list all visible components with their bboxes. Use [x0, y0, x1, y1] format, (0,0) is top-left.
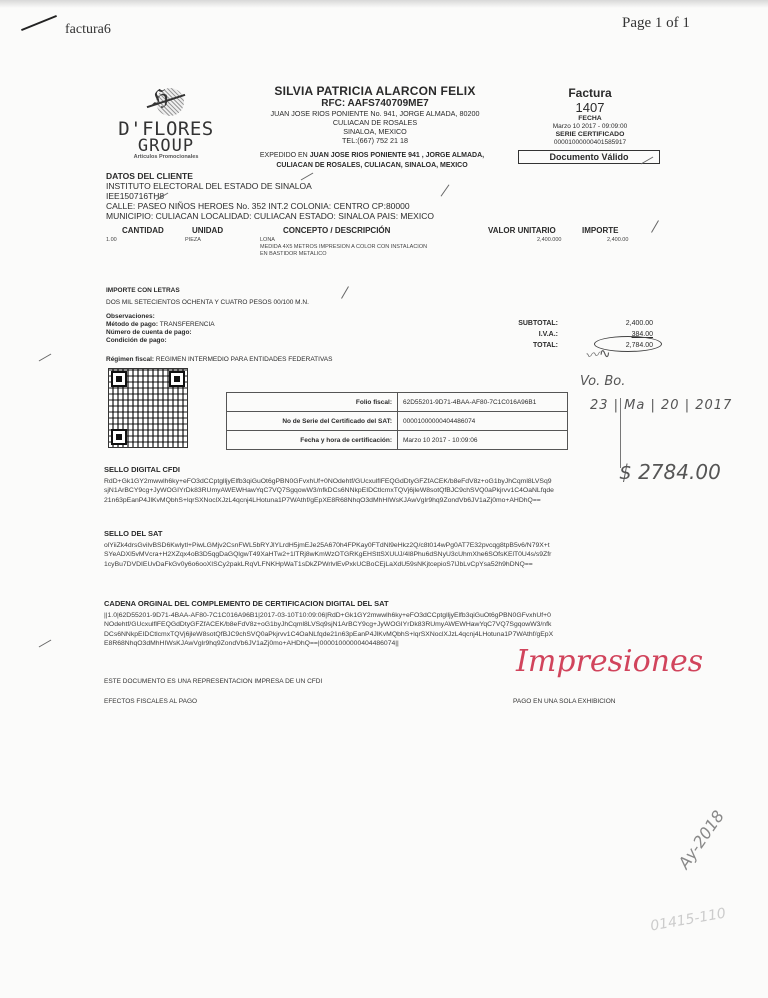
cert-label: Folio fiscal: [227, 393, 398, 412]
vobo-note: Vo. Bo. [580, 374, 625, 389]
margin-mark [39, 354, 52, 362]
item-valor-unitario: 2,400.000 [537, 237, 561, 243]
metodo-value: TRANSFERENCIA [160, 321, 215, 328]
metodo-label: Método de pago: [106, 321, 158, 328]
concepto-line: EN BASTIDOR METALICO [260, 251, 427, 258]
item-cantidad: 1.00 [106, 237, 117, 243]
expedido-prefix: EXPEDIDO EN [260, 152, 308, 159]
sello-cfdi-heading: SELLO DIGITAL CFDI [104, 465, 554, 475]
subtotal-label: SUBTOTAL: [488, 318, 558, 329]
iva-label: I.V.A.: [488, 329, 558, 340]
invoice-title: Factura [520, 86, 660, 100]
regimen-value: REGIMEN INTERMEDIO PARA ENTIDADES FEDERA… [156, 356, 333, 363]
category-note: Impresiones [516, 644, 703, 679]
amount-words: IMPORTE CON LETRAS DOS MIL SETECIENTOS O… [106, 285, 309, 309]
regimen-label: Régimen fiscal: [106, 356, 154, 363]
sat-cert-serial: 00001000000404486074 [398, 412, 568, 431]
handwritten-date: 23 | Ma | 20 | 2017 [590, 398, 732, 413]
cadena-text: ||1.0|62D55201-9D71-4BAA-AF80-7C1C016A96… [104, 611, 554, 649]
cert-datetime: Marzo 10 2017 - 10:09:06 [398, 431, 568, 450]
bottom-note: Ay-2018 [674, 807, 728, 872]
client-municipio: MUNICIPIO: CULIACAN LOCALIDAD: CULIACAN … [106, 211, 434, 221]
issuer-logo: ℌ D'FLORES GROUP Articulos Promocionales [118, 84, 214, 168]
issuer-address-line: JUAN JOSE RIOS PONIENTE No. 941, JORGE A… [230, 109, 520, 118]
logo-tagline: Articulos Promocionales [118, 154, 214, 160]
issuer-name: SILVIA PATRICIA ALARCON FELIX [230, 84, 520, 98]
regimen-fiscal: Régimen fiscal: REGIMEN INTERMEDIO PARA … [106, 356, 332, 363]
signature-scribble: 〰∿ [584, 342, 612, 365]
subtotal-value: 2,400.00 [593, 318, 653, 329]
pen-mark [21, 15, 57, 31]
payment-block: Observaciones: Método de pago: TRANSFERE… [106, 313, 215, 345]
col-concepto: CONCEPTO / DESCRIPCIÓN [283, 226, 390, 235]
concepto-line: MEDIDA 4X5 METROS IMPRESION A COLOR CON … [260, 244, 427, 251]
table-row: Folio fiscal: 62D55201-9D71-4BAA-AF80-7C… [227, 393, 568, 412]
qr-code [108, 368, 188, 448]
item-importe: 2,400.00 [607, 237, 628, 243]
representacion-note: ESTE DOCUMENTO ES UNA REPRESENTACION IMP… [104, 678, 322, 685]
page-number: Page 1 of 1 [622, 15, 690, 32]
margin-mark [39, 640, 52, 648]
table-row: Fecha y hora de certificación: Marzo 10 … [227, 431, 568, 450]
scan-shadow [0, 0, 768, 8]
col-cantidad: CANTIDAD [122, 226, 164, 235]
sello-cfdi-text: RdD+Gk1GY2mwwlh6ky+eFO3dCCptglljyElfb3qi… [104, 477, 554, 506]
condicion-label: Condición de pago: [106, 337, 167, 344]
issuer-block: SILVIA PATRICIA ALARCON FELIX RFC: AAFS7… [230, 84, 520, 145]
expedido-line2: CULIACAN DE ROSALES, CULIACAN, SINALOA, … [276, 162, 467, 169]
logo-line2: GROUP [118, 138, 214, 154]
client-heading: DATOS DEL CLIENTE [106, 171, 434, 181]
observaciones-label: Observaciones: [106, 313, 155, 320]
amount-words-text: DOS MIL SETECIENTOS OCHENTA Y CUATRO PES… [106, 297, 309, 309]
check-mark [441, 184, 450, 196]
invoice-date: Marzo 10 2017 - 09:09:00 [520, 123, 660, 131]
invoice-number: 1407 [520, 100, 660, 115]
pen-line [620, 398, 621, 468]
total-label: TOTAL: [488, 340, 558, 351]
dancer-figure-icon: ℌ [144, 84, 188, 120]
item-concepto: LONA MEDIDA 4X5 METROS IMPRESION A COLOR… [260, 237, 427, 258]
fecha-label: FECHA [520, 115, 660, 123]
efectos-note: EFECTOS FISCALES AL PAGO [104, 698, 197, 705]
issuer-phone: TEL:(667) 752 21 18 [230, 136, 520, 145]
handwritten-amount: $ 2784.00 [619, 460, 721, 484]
serie-certificado: 00001000000401585917 [520, 139, 660, 147]
document-name: factura6 [65, 22, 111, 38]
folio-fiscal: 62D55201-9D71-4BAA-AF80-7C1C016A96B1 [398, 393, 568, 412]
sello-sat-heading: SELLO DEL SAT [104, 529, 554, 539]
cuenta-label: Número de cuenta de pago: [106, 329, 192, 336]
table-row: No de Serie del Certificado del SAT: 000… [227, 412, 568, 431]
client-name: INSTITUTO ELECTORAL DEL ESTADO DE SINALO… [106, 181, 434, 191]
sello-sat: SELLO DEL SAT olYiiZk4drsGvilvBSD6Kwlytl… [104, 529, 554, 569]
client-street: CALLE: PASEO NIÑOS HEROES No. 352 INT.2 … [106, 201, 434, 211]
issuer-address-line: CULIACAN DE ROSALES [230, 118, 520, 127]
col-unidad: UNIDAD [192, 226, 223, 235]
status-badge: Documento Válido [518, 150, 660, 164]
cadena-original: CADENA ORGINAL DEL COMPLEMENTO DE CERTIF… [104, 599, 554, 649]
subtotal-row: SUBTOTAL:2,400.00 [488, 318, 653, 329]
issuer-rfc: RFC: AAFS740709ME7 [230, 98, 520, 109]
certification-table: Folio fiscal: 62D55201-9D71-4BAA-AF80-7C… [226, 392, 568, 450]
col-valor-unitario: VALOR UNITARIO [488, 226, 556, 235]
expedido-en: EXPEDIDO EN JUAN JOSE RIOS PONIENTE 941 … [222, 151, 522, 171]
faint-note: 01415-110 [649, 905, 727, 934]
client-block: DATOS DEL CLIENTE INSTITUTO ELECTORAL DE… [106, 171, 434, 221]
cadena-heading: CADENA ORGINAL DEL COMPLEMENTO DE CERTIF… [104, 599, 554, 609]
pago-note: PAGO EN UNA SOLA EXHIBICION [513, 698, 615, 705]
cert-label: No de Serie del Certificado del SAT: [227, 412, 398, 431]
expedido-line1: JUAN JOSE RIOS PONIENTE 941 , JORGE ALMA… [310, 152, 484, 159]
sello-cfdi: SELLO DIGITAL CFDI RdD+Gk1GY2mwwlh6ky+eF… [104, 465, 554, 505]
col-importe: IMPORTE [582, 226, 618, 235]
cert-label: Fecha y hora de certificación: [227, 431, 398, 450]
sello-sat-text: olYiiZk4drsGvilvBSD6Kwlytl+PiwLGMjv2CsnF… [104, 541, 554, 570]
item-unidad: PIEZA [185, 237, 201, 243]
invoice-header: Factura 1407 FECHA Marzo 10 2017 - 09:09… [520, 86, 660, 147]
amount-words-heading: IMPORTE CON LETRAS [106, 285, 309, 297]
issuer-address-line: SINALOA, MEXICO [230, 127, 520, 136]
serie-label: SERIE CERTIFICADO [520, 131, 660, 139]
check-mark [341, 286, 349, 299]
check-mark [651, 220, 659, 233]
concepto-line: LONA [260, 237, 427, 244]
